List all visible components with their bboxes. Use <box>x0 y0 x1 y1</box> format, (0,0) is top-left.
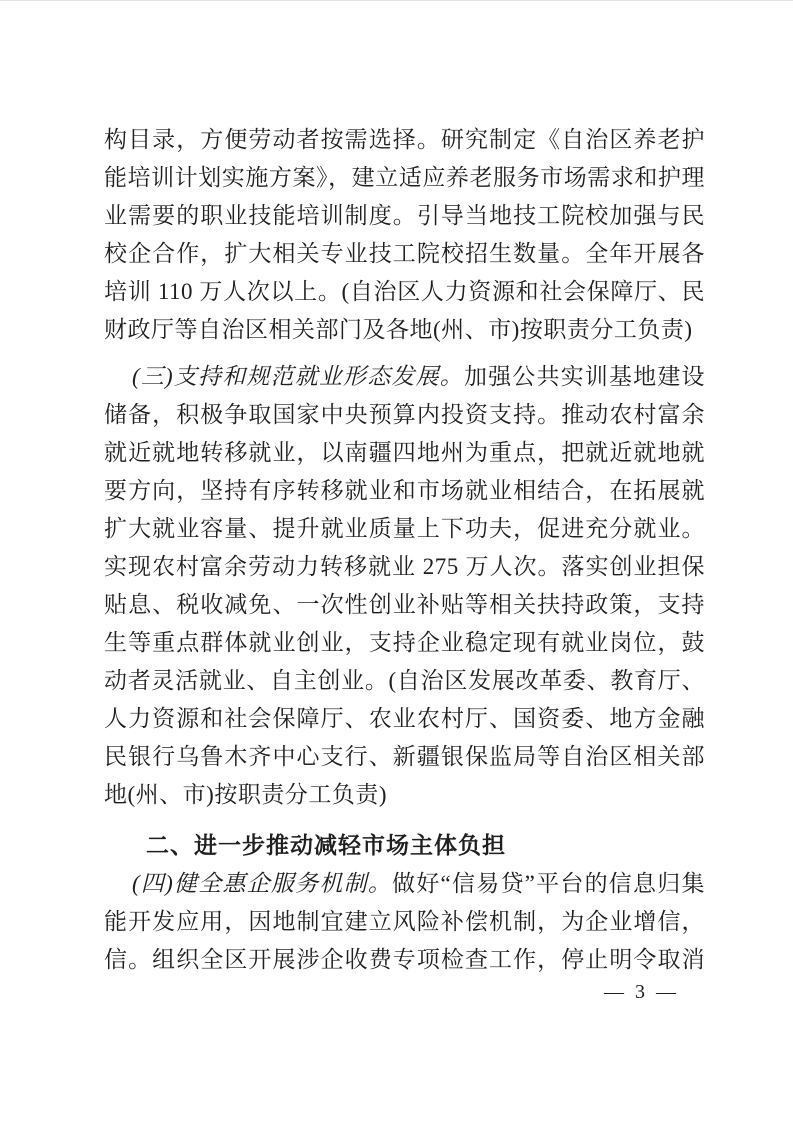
text-line: 信。组织全区开展涉企收费专项检查工作，停止明令取消收费，纠 <box>104 941 705 979</box>
text-segment-song: 要方向，坚持有序转移就业和市场就业相结合，在拓展就业渠道、 <box>104 478 705 510</box>
text-line: 储备，积极争取国家中央预算内投资支持。推动农村富余劳动力 <box>104 396 705 434</box>
text-line: (三)支持和规范就业形态发展。加强公共实训基地建设项目 <box>104 358 705 396</box>
text-line: (四)健全惠企服务机制。做好“信易贷”平台的信息归集与功 <box>104 865 705 903</box>
text-segment-song: 实现农村富余劳动力转移就业 275 万人次。落实创业担保贷款及 <box>104 554 705 586</box>
text-line: 培训 110 万人次以上。(自治区人力资源和社会保障厅、民政厅、 <box>104 273 705 311</box>
text-segment-song: 贴息、税收减免、一次性创业补贴等相关扶持政策，支持高校毕业 <box>104 592 705 624</box>
text-line: 动者灵活就业、自主创业。(自治区发展改革委、教育厅、财政厅、 <box>104 662 705 700</box>
text-line: 能开发应用，因地制宜建立风险补偿机制，为企业增信，促银行授 <box>104 903 705 941</box>
text-line: 要方向，坚持有序转移就业和市场就业相结合，在拓展就业渠道、 <box>104 472 705 510</box>
text-segment-song: 就近就地转移就业，以南疆四地州为重点，把就近就地就业作为主 <box>104 440 705 472</box>
text-line: 贴息、税收减免、一次性创业补贴等相关扶持政策，支持高校毕业 <box>104 586 705 624</box>
page-number: — 3 — <box>104 980 705 1004</box>
text-segment-song: 培训 110 万人次以上。(自治区人力资源和社会保障厅、民政厅、 <box>104 279 705 311</box>
text-line: 能培训计划实施方案》，建立适应养老服务市场需求和护理人员就 <box>104 159 705 197</box>
text-segment-song: 构目录，方便劳动者按需选择。研究制定《自治区养老护理职业技 <box>104 127 705 159</box>
text-segment-song: 能培训计划实施方案》，建立适应养老服务市场需求和护理人员就 <box>104 165 705 197</box>
text-segment-song: 能开发应用，因地制宜建立风险补偿机制，为企业增信，促银行授 <box>104 909 705 941</box>
document-page: 构目录，方便劳动者按需选择。研究制定《自治区养老护理职业技能培训计划实施方案》，… <box>0 0 793 1122</box>
text-line: 构目录，方便劳动者按需选择。研究制定《自治区养老护理职业技 <box>104 121 705 159</box>
text-segment-song: 扩大就业容量、提升就业质量上下功夫，促进充分就业。2021 年， <box>104 516 705 548</box>
text-segment-song: 生等重点群体就业创业，支持企业稳定现有就业岗位，鼓励各类劳 <box>104 630 705 662</box>
text-line: 人力资源和社会保障厅、农业农村厅、国资委、地方金融监管局、人 <box>104 700 705 738</box>
text-segment-kai: (三)支持和规范就业形态发展。 <box>132 364 464 389</box>
text-segment-song: 财政厅等自治区相关部门及各地(州、市)按职责分工负责) <box>104 317 692 342</box>
text-line: 业需要的职业技能培训制度。引导当地技工院校加强与民营企业 <box>104 197 705 235</box>
text-segment-song: 动者灵活就业、自主创业。(自治区发展改革委、教育厅、财政厅、 <box>104 668 705 700</box>
text-segment-song: 储备，积极争取国家中央预算内投资支持。推动农村富余劳动力 <box>104 402 705 434</box>
text-line: 就近就地转移就业，以南疆四地州为重点，把就近就地就业作为主 <box>104 434 705 472</box>
text-line: 实现农村富余劳动力转移就业 275 万人次。落实创业担保贷款及 <box>104 548 705 586</box>
text-segment-song: 业需要的职业技能培训制度。引导当地技工院校加强与民营企业 <box>104 203 705 235</box>
text-line: 地(州、市)按职责分工负责) <box>104 776 705 814</box>
text-segment-heading: 二、进一步推动减轻市场主体负担 <box>146 833 506 859</box>
text-line: 生等重点群体就业创业，支持企业稳定现有就业岗位，鼓励各类劳 <box>104 624 705 662</box>
text-line: 财政厅等自治区相关部门及各地(州、市)按职责分工负责) <box>104 311 705 349</box>
text-segment-song: 地(州、市)按职责分工负责) <box>104 782 387 807</box>
section-heading: 二、进一步推动减轻市场主体负担 <box>104 827 705 865</box>
document-text-block: 构目录，方便劳动者按需选择。研究制定《自治区养老护理职业技能培训计划实施方案》，… <box>104 121 705 979</box>
text-segment-kai: (四)健全惠企服务机制。 <box>132 871 392 896</box>
text-segment-song: 校企合作，扩大相关专业技工院校招生数量。全年开展各类职业 <box>104 241 705 273</box>
text-line: 民银行乌鲁木齐中心支行、新疆银保监局等自治区相关部门及各 <box>104 738 705 776</box>
text-line: 校企合作，扩大相关专业技工院校招生数量。全年开展各类职业 <box>104 235 705 273</box>
text-segment-song: 民银行乌鲁木齐中心支行、新疆银保监局等自治区相关部门及各 <box>104 744 705 776</box>
text-segment-song: 人力资源和社会保障厅、农业农村厅、国资委、地方金融监管局、人 <box>104 706 705 738</box>
text-line: 扩大就业容量、提升就业质量上下功夫，促进充分就业。2021 年， <box>104 510 705 548</box>
text-segment-song: 信。组织全区开展涉企收费专项检查工作，停止明令取消收费，纠 <box>104 947 705 979</box>
